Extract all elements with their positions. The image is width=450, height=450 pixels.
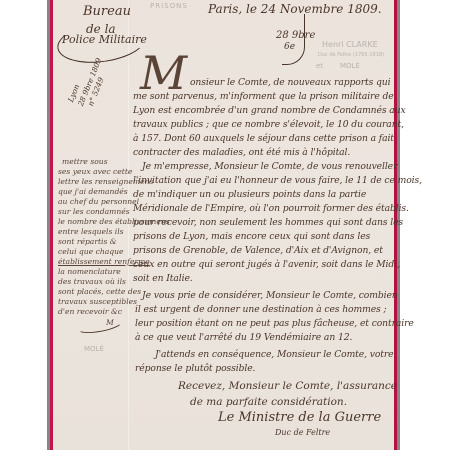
body-line: il est urgent de donner une destination … bbox=[135, 304, 386, 315]
bureau-title: Bureau bbox=[83, 4, 131, 19]
pencil-and: et bbox=[316, 62, 323, 70]
margin-note-line: celui que chaque bbox=[58, 247, 124, 256]
body-line: Je m'empresse, Monsieur le Comte, de vou… bbox=[142, 161, 397, 172]
reference-flourish bbox=[282, 14, 305, 65]
margin-note-line: mettre sous bbox=[62, 157, 108, 166]
body-line: réponse le plutôt possible. bbox=[135, 363, 255, 374]
body-line: contracter des maladies, ont été mis à l… bbox=[133, 147, 350, 158]
signature-name: Duc de Feltre bbox=[275, 428, 330, 437]
margin-note-line: le nombre des établissemens bbox=[58, 217, 170, 226]
pencil-category: PRISONS bbox=[150, 2, 188, 10]
closing-line: de ma parfaite considération. bbox=[190, 396, 347, 408]
margin-note-line: ses yeux avec cette bbox=[58, 167, 132, 176]
pencil-author: Henri CLARKE bbox=[322, 40, 378, 49]
margin-note-line: la nomenclature bbox=[58, 267, 121, 276]
body-line: Méridionale de l'Empire, où l'on pourroi… bbox=[133, 203, 409, 214]
margin-note-line: établissement renferme bbox=[58, 257, 150, 266]
body-line: onsieur le Comte, de nouveaux rapports q… bbox=[190, 77, 390, 88]
margin-note-line: lettre les renseignemens bbox=[58, 177, 153, 186]
body-line: travaux publics ; que ce nombre s'élevoi… bbox=[133, 119, 404, 130]
margin-note-line: entre lesquels ils bbox=[58, 227, 124, 236]
body-line: leur position étant on ne peut pas plus … bbox=[135, 318, 414, 329]
margin-note-line: que j'ai demandés bbox=[58, 187, 128, 196]
signature-title: Le Ministre de la Guerre bbox=[218, 410, 381, 425]
margin-note-line: travaux susceptibles bbox=[58, 297, 137, 306]
body-line: de m'indiquer un ou plusieurs points dan… bbox=[133, 189, 366, 200]
body-line: Je vous prie de considérer, Monsieur le … bbox=[142, 290, 398, 301]
body-line: pour recevoir, non seulement les hommes … bbox=[133, 217, 403, 228]
margin-note-line: sont placés, cette des bbox=[58, 287, 141, 296]
pencil-recipient: MOLÉ bbox=[340, 62, 360, 70]
margin-note-line: sont répartis & bbox=[58, 237, 117, 246]
body-line: me sont parvenus, m'informent que la pri… bbox=[133, 91, 394, 102]
body-line: J'attends en conséquence, Monsieur le Co… bbox=[155, 349, 394, 360]
body-line: à 157. Dont 60 auxquels le séjour dans c… bbox=[133, 133, 394, 144]
body-line: ceux en outre qui seront jugés à l'aveni… bbox=[133, 259, 400, 270]
pencil-bottom-note: MOLÉ bbox=[84, 345, 104, 353]
closing-line: Recevez, Monsieur le Comte, l'assurance bbox=[178, 380, 397, 392]
margin-note-line: sur les condamnés bbox=[58, 207, 130, 216]
body-line: prisons de Lyon, mais encore ceux qui so… bbox=[133, 231, 370, 242]
body-line: soit en Italie. bbox=[133, 273, 193, 284]
margin-note-line: au chef du personnel bbox=[58, 197, 139, 206]
margin-note-line: des travaux où ils bbox=[58, 277, 126, 286]
body-line: à ce que veut l'arrêté du 19 Vendémiaire… bbox=[135, 332, 352, 343]
body-line: Lyon est encombrée d'un grand nombre de … bbox=[133, 105, 406, 116]
body-line: prisons de Grenoble, de Valence, d'Aix e… bbox=[133, 245, 383, 256]
body-line: l'invitation que j'ai eu l'honneur de vo… bbox=[133, 175, 422, 186]
pencil-author-dates: Duc de Feltre (1765-1818) bbox=[318, 52, 384, 58]
margin-note-line: d'en recevoir &c bbox=[58, 307, 122, 316]
